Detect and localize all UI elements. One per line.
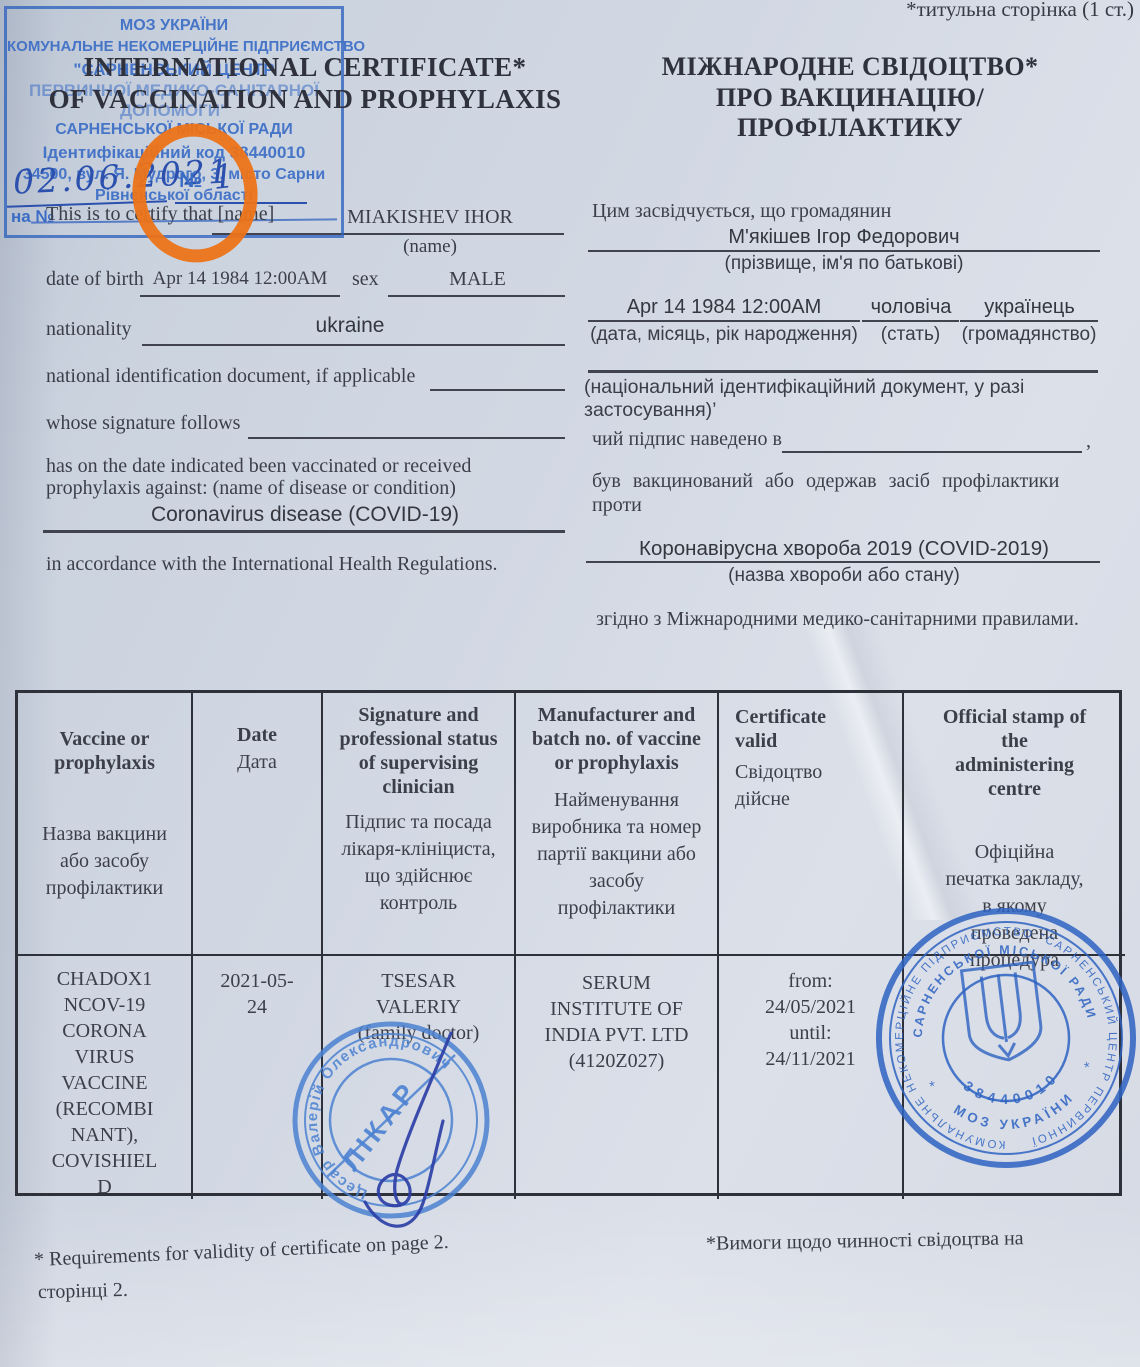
signature-label-en: whose signature follows — [46, 412, 240, 435]
disease-underline-en — [43, 530, 565, 533]
vaccinated-line2-en: prophylaxis against: (name of disease or… — [46, 477, 456, 500]
cell-vaccine: CHADOX1 NCOV-19 CORONA VIRUS VACCINE (RE… — [18, 956, 193, 1199]
header-signature-uk: Підпис та посада лікаря-клініциста, що з… — [333, 809, 504, 917]
dob-underline-uk — [588, 320, 860, 322]
dob-value-uk: Apr 14 1984 12:00AM — [588, 296, 860, 319]
nationality-label: nationality — [46, 318, 132, 341]
header-valid-en: Certificate valid — [735, 705, 855, 753]
sex-caption-uk: (стать) — [862, 324, 959, 346]
header-manufacturer-uk: Найменування виробника та номер партії в… — [531, 787, 702, 922]
sex-underline — [388, 295, 565, 297]
title-uk-line2: ПРО ВАКЦИНАЦІЮ/ПРОФІЛАКТИКУ — [605, 83, 1095, 143]
sex-underline-uk — [862, 320, 959, 322]
header-manufacturer: Manufacturer and batch no. of vaccine or… — [516, 693, 719, 956]
orange-highlight-circle — [123, 116, 267, 271]
name-value-uk: М'якішев Ігор Федорович — [588, 226, 1100, 249]
certificate-page: *титульна сторінка (1 ст.) МОЗ УКРАЇНИ К… — [0, 0, 1140, 1367]
certify-label-uk: Цим засвідчується, що громадянин — [592, 200, 891, 223]
sex-value-uk: чоловіча — [864, 296, 958, 319]
dob-underline — [140, 295, 340, 297]
dob-caption-uk: (дата, місяць, рік народження) — [582, 324, 866, 346]
sex-value-en: MALE — [390, 268, 565, 291]
accordance-en: in accordance with the International Hea… — [46, 553, 498, 576]
header-signature: Signature and professional status of sup… — [323, 693, 516, 956]
name-caption-en: (name) — [296, 236, 564, 258]
official-stamp-asterisk-right: * — [1083, 1059, 1091, 1077]
signature-comma-uk: , — [1086, 430, 1091, 453]
signature-underline-uk — [782, 451, 1082, 453]
vaccinated-line1-uk: був вакцинований або одержав засіб профі… — [592, 470, 1059, 493]
citizenship-underline-uk — [960, 320, 1098, 322]
official-stamp-asterisk-left: * — [928, 1078, 936, 1096]
header-vaccine-uk: Назва вакцини або засобу профілактики — [42, 821, 167, 902]
dob-value-en: Apr 14 1984 12:00AM — [142, 268, 338, 290]
header-date: Date Дата — [193, 693, 323, 956]
name-underline-uk — [588, 250, 1100, 252]
header-vaccine: Vaccine or prophylaxis Назва вакцини або… — [18, 693, 193, 956]
disease-value-uk: Коронавірусна хвороба 2019 (COVID-2019) — [588, 537, 1100, 561]
disease-caption-uk: (назва хвороби або стану) — [588, 565, 1100, 587]
header-date-uk: Дата — [203, 749, 311, 776]
header-stamp-en: Official stamp of the administering cent… — [941, 705, 1088, 801]
vaccinated-line2-uk: проти — [592, 494, 642, 517]
stamp-line-ministry: МОЗ УКРАЇНИ — [7, 17, 341, 35]
signature-label-uk: чий підпис наведено в — [592, 428, 782, 451]
signature-underline-en — [248, 437, 565, 439]
title-uk-line1: МІЖНАРОДНЕ СВІДОЦТВО* — [605, 52, 1095, 82]
corner-note: *титульна сторінка (1 ст.) — [906, 0, 1134, 22]
header-valid-uk: Свідоцтво дійсне — [735, 759, 855, 813]
nid-underline — [430, 389, 565, 391]
citizenship-value-uk: українець — [962, 296, 1097, 319]
disease-underline-uk — [586, 561, 1100, 563]
title-en-line2: OF VACCINATION AND PROPHYLAXIS — [40, 84, 570, 115]
header-signature-en: Signature and professional status of sup… — [333, 703, 504, 799]
dob-label: date of birth — [46, 268, 144, 291]
accordance-uk: згідно з Міжнародними медико-санітарними… — [596, 608, 1079, 631]
nationality-underline — [142, 344, 565, 346]
nid-caption-uk: (національний ідентифікаційний документ,… — [584, 376, 1114, 422]
disease-value-en: Coronavirus disease (COVID-19) — [45, 503, 565, 527]
header-vaccine-en: Vaccine or prophylaxis — [42, 727, 167, 775]
cell-manufacturer: SERUM INSTITUTE OF INDIA PVT. LTD (4120Z… — [516, 956, 719, 1199]
footnote-uk-wrap: сторінці 2. — [38, 1279, 128, 1304]
nationality-value: ukraine — [150, 314, 550, 338]
vaccinated-line1-en: has on the date indicated been vaccinate… — [46, 455, 471, 478]
trident-emblem — [961, 962, 1044, 1064]
name-caption-uk: (прізвище, ім'я по батькові) — [588, 253, 1100, 275]
citizenship-caption-uk: (громадянство) — [955, 324, 1103, 346]
nid-underline-uk — [588, 370, 1098, 373]
title-en-line1: INTERNATIONAL CERTIFICATE* — [40, 52, 570, 83]
doctor-stamp: Цесар Валерій Олександрович ЛІКАР — [283, 1005, 503, 1250]
official-stamp: КОМУНАЛЬНЕ НЕКОМЕРЦІЙНЕ ПІДПРИЄМСТВО "СА… — [850, 880, 1140, 1196]
doctor-stamp-center-text: ЛІКАР — [336, 1075, 425, 1177]
sex-label: sex — [352, 268, 379, 291]
header-manufacturer-en: Manufacturer and batch no. of vaccine or… — [531, 703, 702, 775]
footnote-uk: *Вимоги щодо чинності свідоцтва на — [706, 1227, 1024, 1256]
header-date-en: Date — [203, 723, 311, 747]
nid-label: national identification document, if app… — [46, 365, 415, 388]
